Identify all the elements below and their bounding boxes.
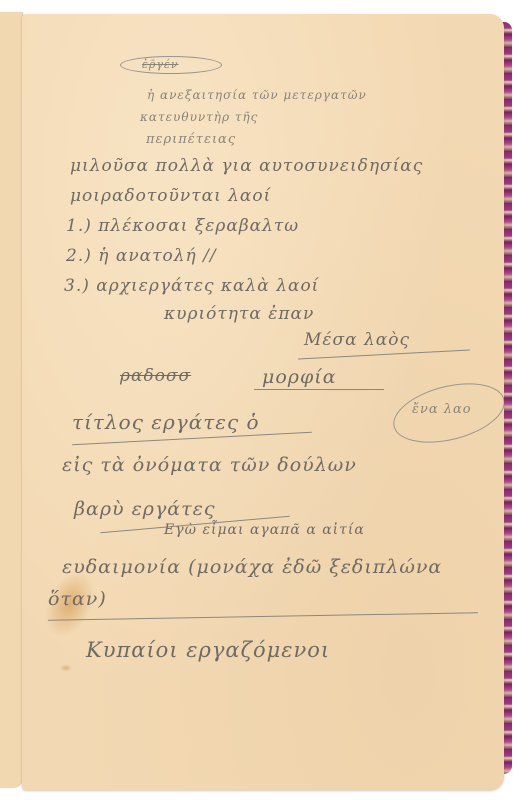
handwriting-line-16: εἰς τὰ ὀνόματα τῶν δούλων xyxy=(62,454,357,476)
handwriting-line-5: μιλοῦσα πολλὰ για αυτοσυνειδησίας xyxy=(70,156,423,176)
handwriting-line-4: περιπέτειας xyxy=(146,132,236,147)
underline-rule xyxy=(254,389,384,390)
handwriting-line-15: ἔνα λαο xyxy=(412,402,472,417)
handwriting-line-19: ευδαιμονία (μονάχα ἐδῶ ξεδιπλώνα xyxy=(62,556,442,578)
handwriting-line-13: μορφία xyxy=(262,366,337,388)
handwriting-line-17: βαρὺ εργάτες xyxy=(74,498,215,520)
handwriting-line-21: Κυπαίοι εργαζόμενοι xyxy=(86,638,330,662)
notebook-page: ἐρ̄γέν ἡ ανεξαιτησία τῶν μετεργατῶν κατε… xyxy=(22,14,504,790)
handwriting-line-3: κατευθυντὴρ τῆς xyxy=(140,110,258,124)
handwriting-line-6: μοιραδοτοῦνται λαοί xyxy=(70,186,271,206)
handwriting-line-7: 1.) πλέκοσαι ξεραβαλτω xyxy=(66,216,299,236)
handwriting-line-2: ἡ ανεξαιτησία τῶν μετεργατῶν xyxy=(147,88,367,102)
handwriting-line-9: 3.) αρχιεργάτες καλὰ λαοί xyxy=(64,276,319,296)
section-divider-rule xyxy=(48,612,478,621)
previous-page-edge xyxy=(0,12,22,788)
handwriting-line-1: ἐρ̄γέν xyxy=(142,58,179,71)
handwriting-line-11: Μέσα λαὸς xyxy=(304,330,410,350)
underline-rule xyxy=(298,349,470,359)
handwriting-line-14: τίτλος εργάτες ὁ xyxy=(72,410,260,434)
handwriting-line-8: 2.) ἡ ανατολή // xyxy=(66,246,217,266)
handwriting-line-18: Εγὼ εἶμαι αγαπᾶ α αἰτία xyxy=(164,522,365,538)
stain-mark-small xyxy=(60,664,72,672)
handwriting-line-12: ραδοσσ xyxy=(120,366,191,386)
handwriting-line-10: κυριότητα ἐπαν xyxy=(164,304,314,324)
handwriting-line-20: ὅταν) xyxy=(48,588,107,610)
